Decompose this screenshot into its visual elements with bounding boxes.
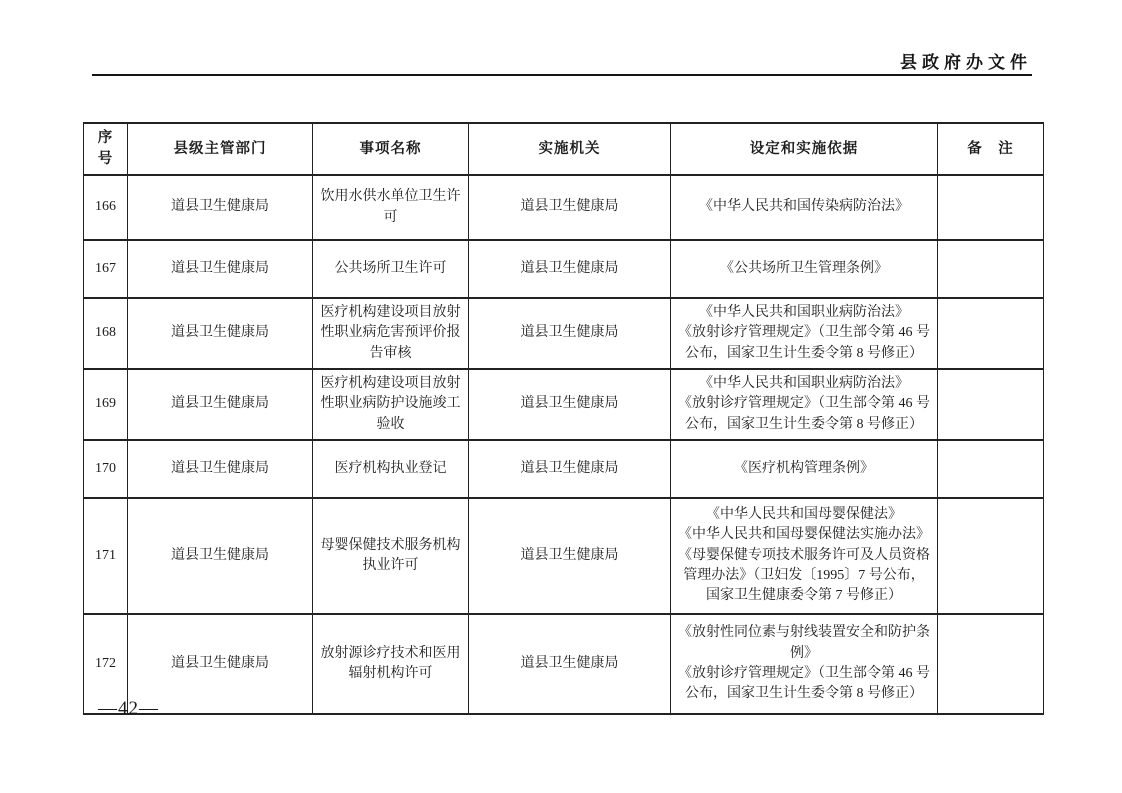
cell-item: 放射源诊疗技术和医用辐射机构许可 <box>313 614 469 714</box>
cell-agency: 道县卫生健康局 <box>469 240 671 298</box>
cell-agency: 道县卫生健康局 <box>469 298 671 369</box>
cell-seq: 169 <box>84 369 128 440</box>
cell-basis: 《放射性同位素与射线装置安全和防护条例》 《放射诊疗管理规定》（卫生部令第 46… <box>671 614 938 714</box>
cell-item: 医疗机构建设项目放射性职业病防护设施竣工验收 <box>313 369 469 440</box>
cell-agency: 道县卫生健康局 <box>469 614 671 714</box>
license-items-table: 序号 县级主管部门 事项名称 实施机关 设定和实施依据 备 注 166 道县卫生… <box>83 122 1044 715</box>
table-row: 171 道县卫生健康局 母婴保健技术服务机构执业许可 道县卫生健康局 《中华人民… <box>84 498 1044 614</box>
cell-dept: 道县卫生健康局 <box>128 298 313 369</box>
cell-basis: 《中华人民共和国职业病防治法》 《放射诊疗管理规定》（卫生部令第 46 号公布，… <box>671 369 938 440</box>
cell-basis: 《公共场所卫生管理条例》 <box>671 240 938 298</box>
page-number: —42— <box>98 698 159 720</box>
cell-seq: 171 <box>84 498 128 614</box>
cell-item: 公共场所卫生许可 <box>313 240 469 298</box>
cell-agency: 道县卫生健康局 <box>469 369 671 440</box>
cell-seq: 166 <box>84 175 128 240</box>
cell-remark <box>938 369 1044 440</box>
cell-dept: 道县卫生健康局 <box>128 175 313 240</box>
cell-basis: 《中华人民共和国母婴保健法》 《中华人民共和国母婴保健法实施办法》 《母婴保健专… <box>671 498 938 614</box>
cell-dept: 道县卫生健康局 <box>128 369 313 440</box>
cell-remark <box>938 440 1044 498</box>
column-header-no: 序号 <box>84 123 128 175</box>
cell-item: 医疗机构执业登记 <box>313 440 469 498</box>
cell-dept: 道县卫生健康局 <box>128 440 313 498</box>
table-row: 172 道县卫生健康局 放射源诊疗技术和医用辐射机构许可 道县卫生健康局 《放射… <box>84 614 1044 714</box>
cell-dept: 道县卫生健康局 <box>128 498 313 614</box>
table-row: 170 道县卫生健康局 医疗机构执业登记 道县卫生健康局 《医疗机构管理条例》 <box>84 440 1044 498</box>
column-header-agency: 实施机关 <box>469 123 671 175</box>
cell-remark <box>938 614 1044 714</box>
cell-item: 母婴保健技术服务机构执业许可 <box>313 498 469 614</box>
cell-agency: 道县卫生健康局 <box>469 440 671 498</box>
table-row: 168 道县卫生健康局 医疗机构建设项目放射性职业病危害预评价报告审核 道县卫生… <box>84 298 1044 369</box>
column-header-dept: 县级主管部门 <box>128 123 313 175</box>
cell-basis: 《医疗机构管理条例》 <box>671 440 938 498</box>
cell-remark <box>938 498 1044 614</box>
cell-agency: 道县卫生健康局 <box>469 175 671 240</box>
table-header-row: 序号 县级主管部门 事项名称 实施机关 设定和实施依据 备 注 <box>84 123 1044 175</box>
cell-item: 医疗机构建设项目放射性职业病危害预评价报告审核 <box>313 298 469 369</box>
column-header-remark: 备 注 <box>938 123 1044 175</box>
table-row: 166 道县卫生健康局 饮用水供水单位卫生许可 道县卫生健康局 《中华人民共和国… <box>84 175 1044 240</box>
cell-seq: 170 <box>84 440 128 498</box>
cell-basis: 《中华人民共和国传染病防治法》 <box>671 175 938 240</box>
column-header-basis: 设定和实施依据 <box>671 123 938 175</box>
cell-agency: 道县卫生健康局 <box>469 498 671 614</box>
table-row: 167 道县卫生健康局 公共场所卫生许可 道县卫生健康局 《公共场所卫生管理条例… <box>84 240 1044 298</box>
document-header-label: 县政府办文件 <box>900 48 1032 73</box>
cell-remark <box>938 175 1044 240</box>
header-rule <box>92 74 1032 76</box>
cell-remark <box>938 298 1044 369</box>
column-header-item: 事项名称 <box>313 123 469 175</box>
cell-dept: 道县卫生健康局 <box>128 240 313 298</box>
cell-remark <box>938 240 1044 298</box>
cell-item: 饮用水供水单位卫生许可 <box>313 175 469 240</box>
table-row: 169 道县卫生健康局 医疗机构建设项目放射性职业病防护设施竣工验收 道县卫生健… <box>84 369 1044 440</box>
cell-basis: 《中华人民共和国职业病防治法》 《放射诊疗管理规定》（卫生部令第 46 号公布，… <box>671 298 938 369</box>
cell-seq: 167 <box>84 240 128 298</box>
cell-seq: 168 <box>84 298 128 369</box>
